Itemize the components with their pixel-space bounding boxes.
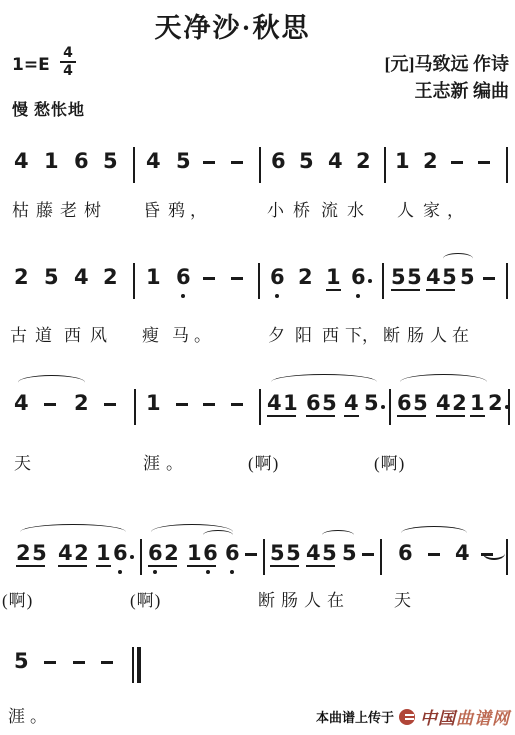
lyric: 断 <box>258 586 276 611</box>
note: 6 <box>225 542 240 565</box>
note: 5 <box>342 542 357 565</box>
note: 1 <box>146 266 161 289</box>
duration-dash <box>44 403 56 406</box>
score-area: 416545654212枯藤老树昏鸦，小桥流水人家，25421662165545… <box>0 0 515 735</box>
note: 1 <box>96 542 111 567</box>
lyric: 断 <box>383 321 401 346</box>
barline <box>259 147 261 183</box>
note: 6 <box>176 266 191 289</box>
note: 5 <box>103 150 118 173</box>
note: 55 <box>391 266 420 291</box>
augmentation-dot <box>368 279 372 283</box>
note: 6 <box>74 150 89 173</box>
note: 5 <box>460 266 475 289</box>
duration-dash <box>362 553 374 556</box>
low-octave-dot <box>356 294 360 298</box>
barline <box>389 389 391 425</box>
note: 2 <box>74 392 89 415</box>
lyric: ， <box>190 196 208 221</box>
note: 6 <box>271 150 286 173</box>
lyric: 人 <box>397 196 415 221</box>
note: 5 <box>364 392 379 415</box>
lyric: 流 <box>321 196 339 221</box>
sheet-music-page: 天净沙·秋思 1=E 4 4 [元]马致远 作诗 王志新 编曲 慢 愁怅地 41… <box>0 0 515 735</box>
duration-dash <box>203 161 215 164</box>
lyric: 马 <box>172 321 190 346</box>
barline <box>263 539 265 575</box>
note: 4 <box>455 542 470 565</box>
duration-dash <box>428 553 440 556</box>
lyric: 水 <box>347 196 365 221</box>
site-logo-icon <box>399 709 415 725</box>
note: 1 <box>395 150 410 173</box>
note: 4 <box>344 392 359 417</box>
barline <box>258 263 260 299</box>
duration-dash <box>104 403 116 406</box>
lyric: 道 <box>35 321 53 346</box>
watermark: 本曲谱上传于 中国曲谱网 <box>316 704 510 729</box>
duration-dash <box>231 277 243 280</box>
note: 4 <box>14 392 29 415</box>
barline <box>506 147 508 183</box>
lyric: (啊) <box>248 449 279 474</box>
lyric: 下 <box>345 321 363 346</box>
duration-dash <box>451 161 463 164</box>
site-name-part1: 中国 <box>420 709 456 728</box>
note: 2 <box>298 266 313 289</box>
site-name-part2: 曲谱网 <box>456 709 510 728</box>
lyric: 古 <box>10 321 28 346</box>
lyric: 夕 <box>268 321 286 346</box>
note: 62 <box>148 542 177 567</box>
lyric: 西 <box>64 321 82 346</box>
lyric: 树 <box>84 196 102 221</box>
note: 42 <box>58 542 87 567</box>
lyric: 涯 <box>8 702 26 727</box>
slur-arc <box>443 253 473 264</box>
duration-dash <box>203 277 215 280</box>
slur-arc <box>401 526 467 540</box>
low-octave-dot <box>275 294 279 298</box>
duration-dash <box>203 403 215 406</box>
duration-dash <box>73 661 85 664</box>
lyric: 。 <box>166 449 184 474</box>
duration-dash <box>44 661 56 664</box>
lyric: ， <box>362 321 380 346</box>
note: 1 <box>44 150 59 173</box>
low-octave-dot <box>230 570 234 574</box>
barline <box>380 539 382 575</box>
lyric: (啊) <box>374 449 405 474</box>
barline <box>132 647 134 683</box>
note: 42 <box>436 392 465 417</box>
note: 6 <box>270 266 285 289</box>
note: 2 <box>103 266 118 289</box>
slur-arc <box>322 530 354 540</box>
note: 41 <box>267 392 296 417</box>
duration-dash <box>101 661 113 664</box>
lyric: 鸦 <box>168 196 186 221</box>
note: 1 <box>470 392 485 417</box>
lyric: 老 <box>60 196 78 221</box>
note: 25 <box>16 542 45 567</box>
tie-continuation-hook <box>483 547 505 560</box>
lyric: 肠 <box>281 586 299 611</box>
lyric: 昏 <box>143 196 161 221</box>
lyric: 枯 <box>12 196 30 221</box>
barline <box>259 389 261 425</box>
lyric: 天 <box>14 449 32 474</box>
lyric: (啊) <box>2 586 33 611</box>
slur-arc <box>20 524 126 540</box>
lyric: 家 <box>423 196 441 221</box>
barline <box>384 147 386 183</box>
low-octave-dot <box>206 570 210 574</box>
barline <box>506 263 508 299</box>
lyric: 肠 <box>407 321 425 346</box>
note: 1 <box>326 266 341 291</box>
lyric: (啊) <box>130 586 161 611</box>
duration-dash <box>245 553 257 556</box>
note: 2 <box>488 392 503 415</box>
barline <box>140 539 142 575</box>
lyric: ， <box>447 196 465 221</box>
slur-arc <box>203 530 233 540</box>
note: 65 <box>306 392 335 417</box>
note: 6 <box>351 266 366 289</box>
slur-arc <box>400 374 487 390</box>
barline <box>134 389 136 425</box>
lyric: 风 <box>90 321 108 346</box>
note: 5 <box>44 266 59 289</box>
lyric: 。 <box>30 702 48 727</box>
duration-dash <box>483 277 495 280</box>
lyric: 在 <box>452 321 470 346</box>
note: 55 <box>270 542 299 567</box>
duration-dash <box>176 403 188 406</box>
note: 6 <box>113 542 128 565</box>
lyric: 藤 <box>36 196 54 221</box>
duration-dash <box>231 403 243 406</box>
barline <box>508 389 510 425</box>
barline <box>133 147 135 183</box>
barline <box>506 539 508 575</box>
note: 4 <box>74 266 89 289</box>
lyric: 西 <box>322 321 340 346</box>
low-octave-dot <box>118 570 122 574</box>
note: 6 <box>398 542 413 565</box>
lyric: 桥 <box>293 196 311 221</box>
note: 45 <box>426 266 455 291</box>
barline <box>382 263 384 299</box>
final-barline <box>137 647 141 683</box>
note: 4 <box>14 150 29 173</box>
note: 45 <box>306 542 335 567</box>
note: 2 <box>14 266 29 289</box>
augmentation-dot <box>381 405 385 409</box>
note: 5 <box>299 150 314 173</box>
note: 65 <box>397 392 426 417</box>
watermark-text: 本曲谱上传于 <box>316 707 394 726</box>
note: 2 <box>423 150 438 173</box>
note: 16 <box>187 542 216 567</box>
note: 4 <box>328 150 343 173</box>
slur-arc <box>18 375 85 390</box>
barline <box>133 263 135 299</box>
slur-arc <box>271 374 377 390</box>
lyric: 人 <box>430 321 448 346</box>
lyric: 阳 <box>295 321 313 346</box>
note: 5 <box>176 150 191 173</box>
note: 5 <box>14 650 29 673</box>
note: 2 <box>356 150 371 173</box>
lyric: 。 <box>194 321 212 346</box>
site-name: 中国曲谱网 <box>420 704 510 729</box>
duration-dash <box>231 161 243 164</box>
note: 4 <box>146 150 161 173</box>
lyric: 瘦 <box>142 321 160 346</box>
augmentation-dot <box>130 555 134 559</box>
lyric: 人 <box>304 586 322 611</box>
lyric: 在 <box>327 586 345 611</box>
lyric: 天 <box>394 586 412 611</box>
note: 1 <box>146 392 161 415</box>
lyric: 小 <box>267 196 285 221</box>
low-octave-dot <box>181 294 185 298</box>
low-octave-dot <box>153 570 157 574</box>
lyric: 涯 <box>143 449 161 474</box>
duration-dash <box>478 161 490 164</box>
